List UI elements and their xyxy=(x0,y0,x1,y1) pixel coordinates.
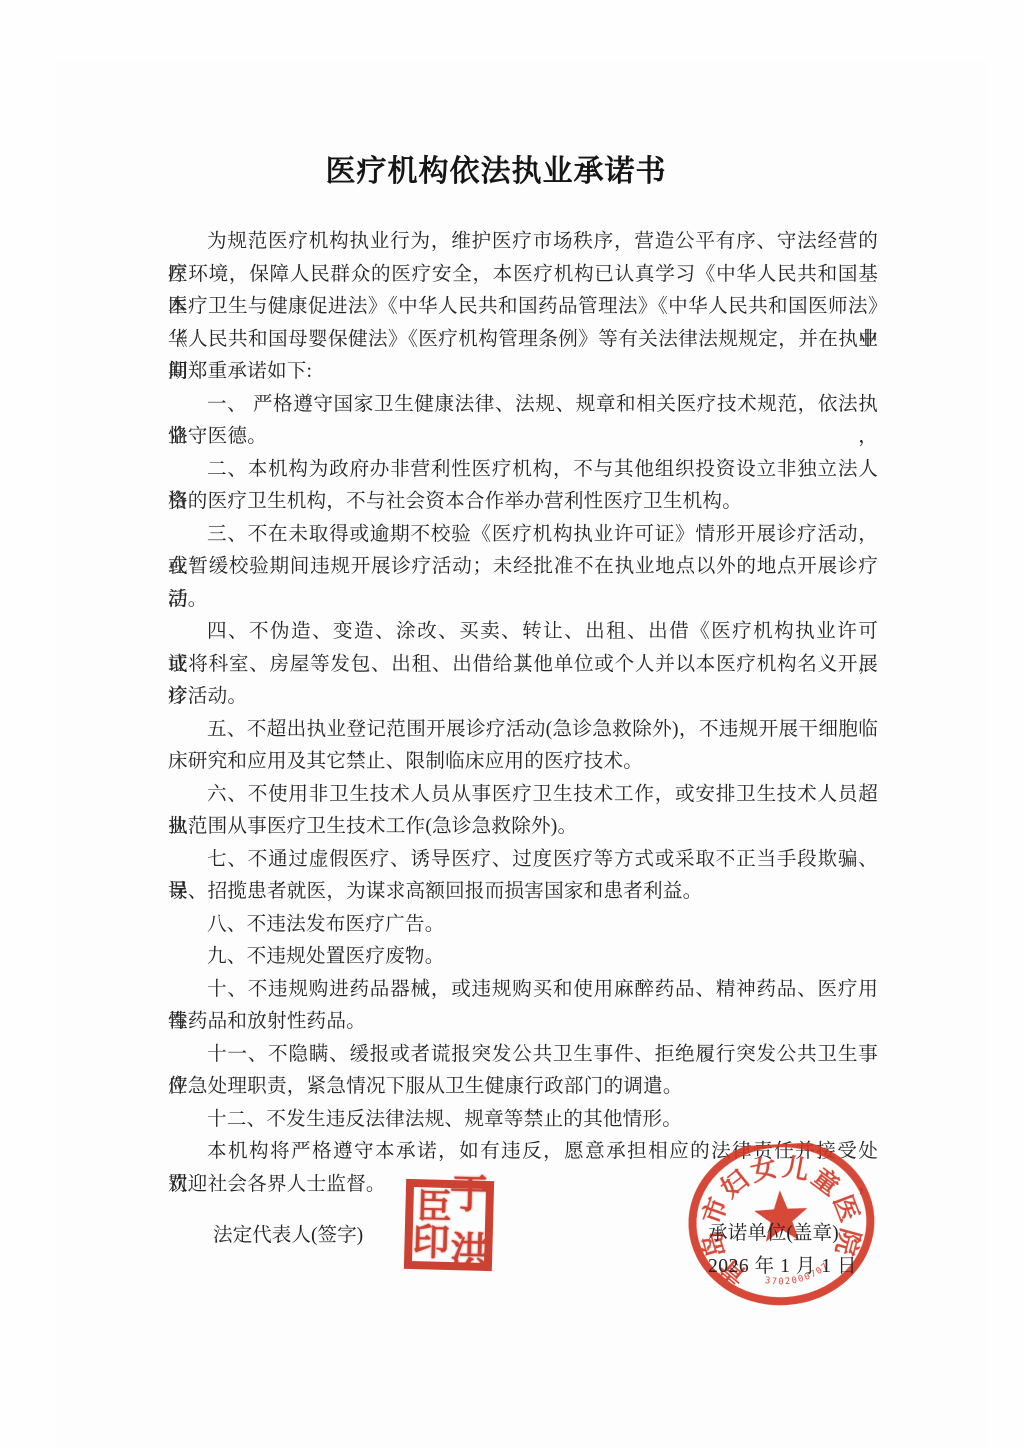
text-line: 床研究和应用及其它禁止、限制临床应用的医疗技术。 xyxy=(168,746,878,779)
text-line: 医疗卫生与健康促进法》《中华人民共和国药品管理法》《中华人民共和国医师法》《中 xyxy=(168,291,878,324)
document-title: 医疗机构依法执业承诺书 xyxy=(141,146,851,190)
stamp-char: 洪 xyxy=(450,1232,491,1273)
text-line: 应急处理职责，紧急情况下服从卫生健康行政部门的调遣。 xyxy=(168,1071,878,1104)
text-line: 四、不伪造、变造、涂改、买卖、转让、出租、出借《医疗机构执业许可证》， xyxy=(168,616,878,649)
date-label: 2026 年 1 月 1 日 xyxy=(708,1249,857,1278)
text-line: 为规范医疗机构执业行为，维护医疗市场秩序，营造公平有序、守法经营的医 xyxy=(168,226,878,259)
text-line: 六、不使用非卫生技术人员从事医疗卫生技术工作，或安排卫生技术人员超执 xyxy=(168,779,878,812)
text-line: 业范围从事医疗卫生技术工作(急诊急救除外)。 xyxy=(168,811,878,844)
text-line: 华人民共和国母婴保健法》《医疗机构管理条例》等有关法律法规规定，并在执业期 xyxy=(168,324,878,357)
legal-representative-label: 法定代表人(签字) xyxy=(213,1218,363,1247)
text-line: 或将科室、房屋等发包、出租、出借给其他单位或个人并以本医疗机构名义开展诊 xyxy=(168,649,878,682)
unit-seal-label: 承诺单位(盖章) xyxy=(708,1216,839,1245)
text-line: 疗活动。 xyxy=(168,681,878,714)
text-line: 十一、不隐瞒、缓报或者谎报突发公共卫生事件、拒绝履行突发公共卫生事件 xyxy=(168,1039,878,1072)
text-line: 在暂缓校验期间违规开展诊疗活动；未经批准不在执业地点以外的地点开展诊疗活 xyxy=(168,551,878,584)
text-line: 十二、不发生违反法律法规、规章等禁止的其他情形。 xyxy=(168,1104,878,1137)
text-line: 三、不在未取得或逾期不校验《医疗机构执业许可证》情形开展诊疗活动，或 xyxy=(168,519,878,552)
document-body: 为规范医疗机构执业行为，维护医疗市场秩序，营造公平有序、守法经营的医疗环境，保障… xyxy=(168,226,878,1201)
text-line: 十、不违规购进药品器械，或违规购买和使用麻醉药品、精神药品、医疗用毒 xyxy=(168,974,878,1007)
text-line: 八、不违法发布医疗广告。 xyxy=(168,909,878,942)
text-line: 性药品和放射性药品。 xyxy=(168,1006,878,1039)
text-line: 间郑重承诺如下: xyxy=(168,356,878,389)
text-line: 动。 xyxy=(168,584,878,617)
personal-name-stamp: 于 洪 臣 印 xyxy=(404,1179,494,1271)
text-line: 二、本机构为政府办非营利性医疗机构，不与其他组织投资设立非独立法人资 xyxy=(168,454,878,487)
stamp-char: 印 xyxy=(412,1224,450,1262)
text-line: 七、不通过虚假医疗、诱导医疗、过度医疗等方式或采取不正当手段欺骗、误 xyxy=(168,844,878,877)
stamp-char: 臣 xyxy=(416,1189,452,1225)
stamp-char: 于 xyxy=(449,1174,490,1215)
text-line: 五、不超出执业登记范围开展诊疗活动(急诊急救除外)，不违规开展干细胞临 xyxy=(168,714,878,747)
text-line: 疗环境，保障人民群众的医疗安全，本医疗机构已认真学习《中华人民共和国基本 xyxy=(168,259,878,292)
scanned-document-page: 医疗机构依法执业承诺书 为规范医疗机构执业行为，维护医疗市场秩序，营造公平有序、… xyxy=(0,0,1024,1448)
text-line: 导、招揽患者就医，为谋求高额回报而损害国家和患者利益。 xyxy=(168,876,878,909)
text-line: 九、不违规处置医疗废物。 xyxy=(168,941,878,974)
text-line: 格的医疗卫生机构，不与社会资本合作举办营利性医疗卫生机构。 xyxy=(168,486,878,519)
text-line: 一、 严格遵守国家卫生健康法律、法规、规章和相关医疗技术规范，依法执业， xyxy=(168,389,878,422)
